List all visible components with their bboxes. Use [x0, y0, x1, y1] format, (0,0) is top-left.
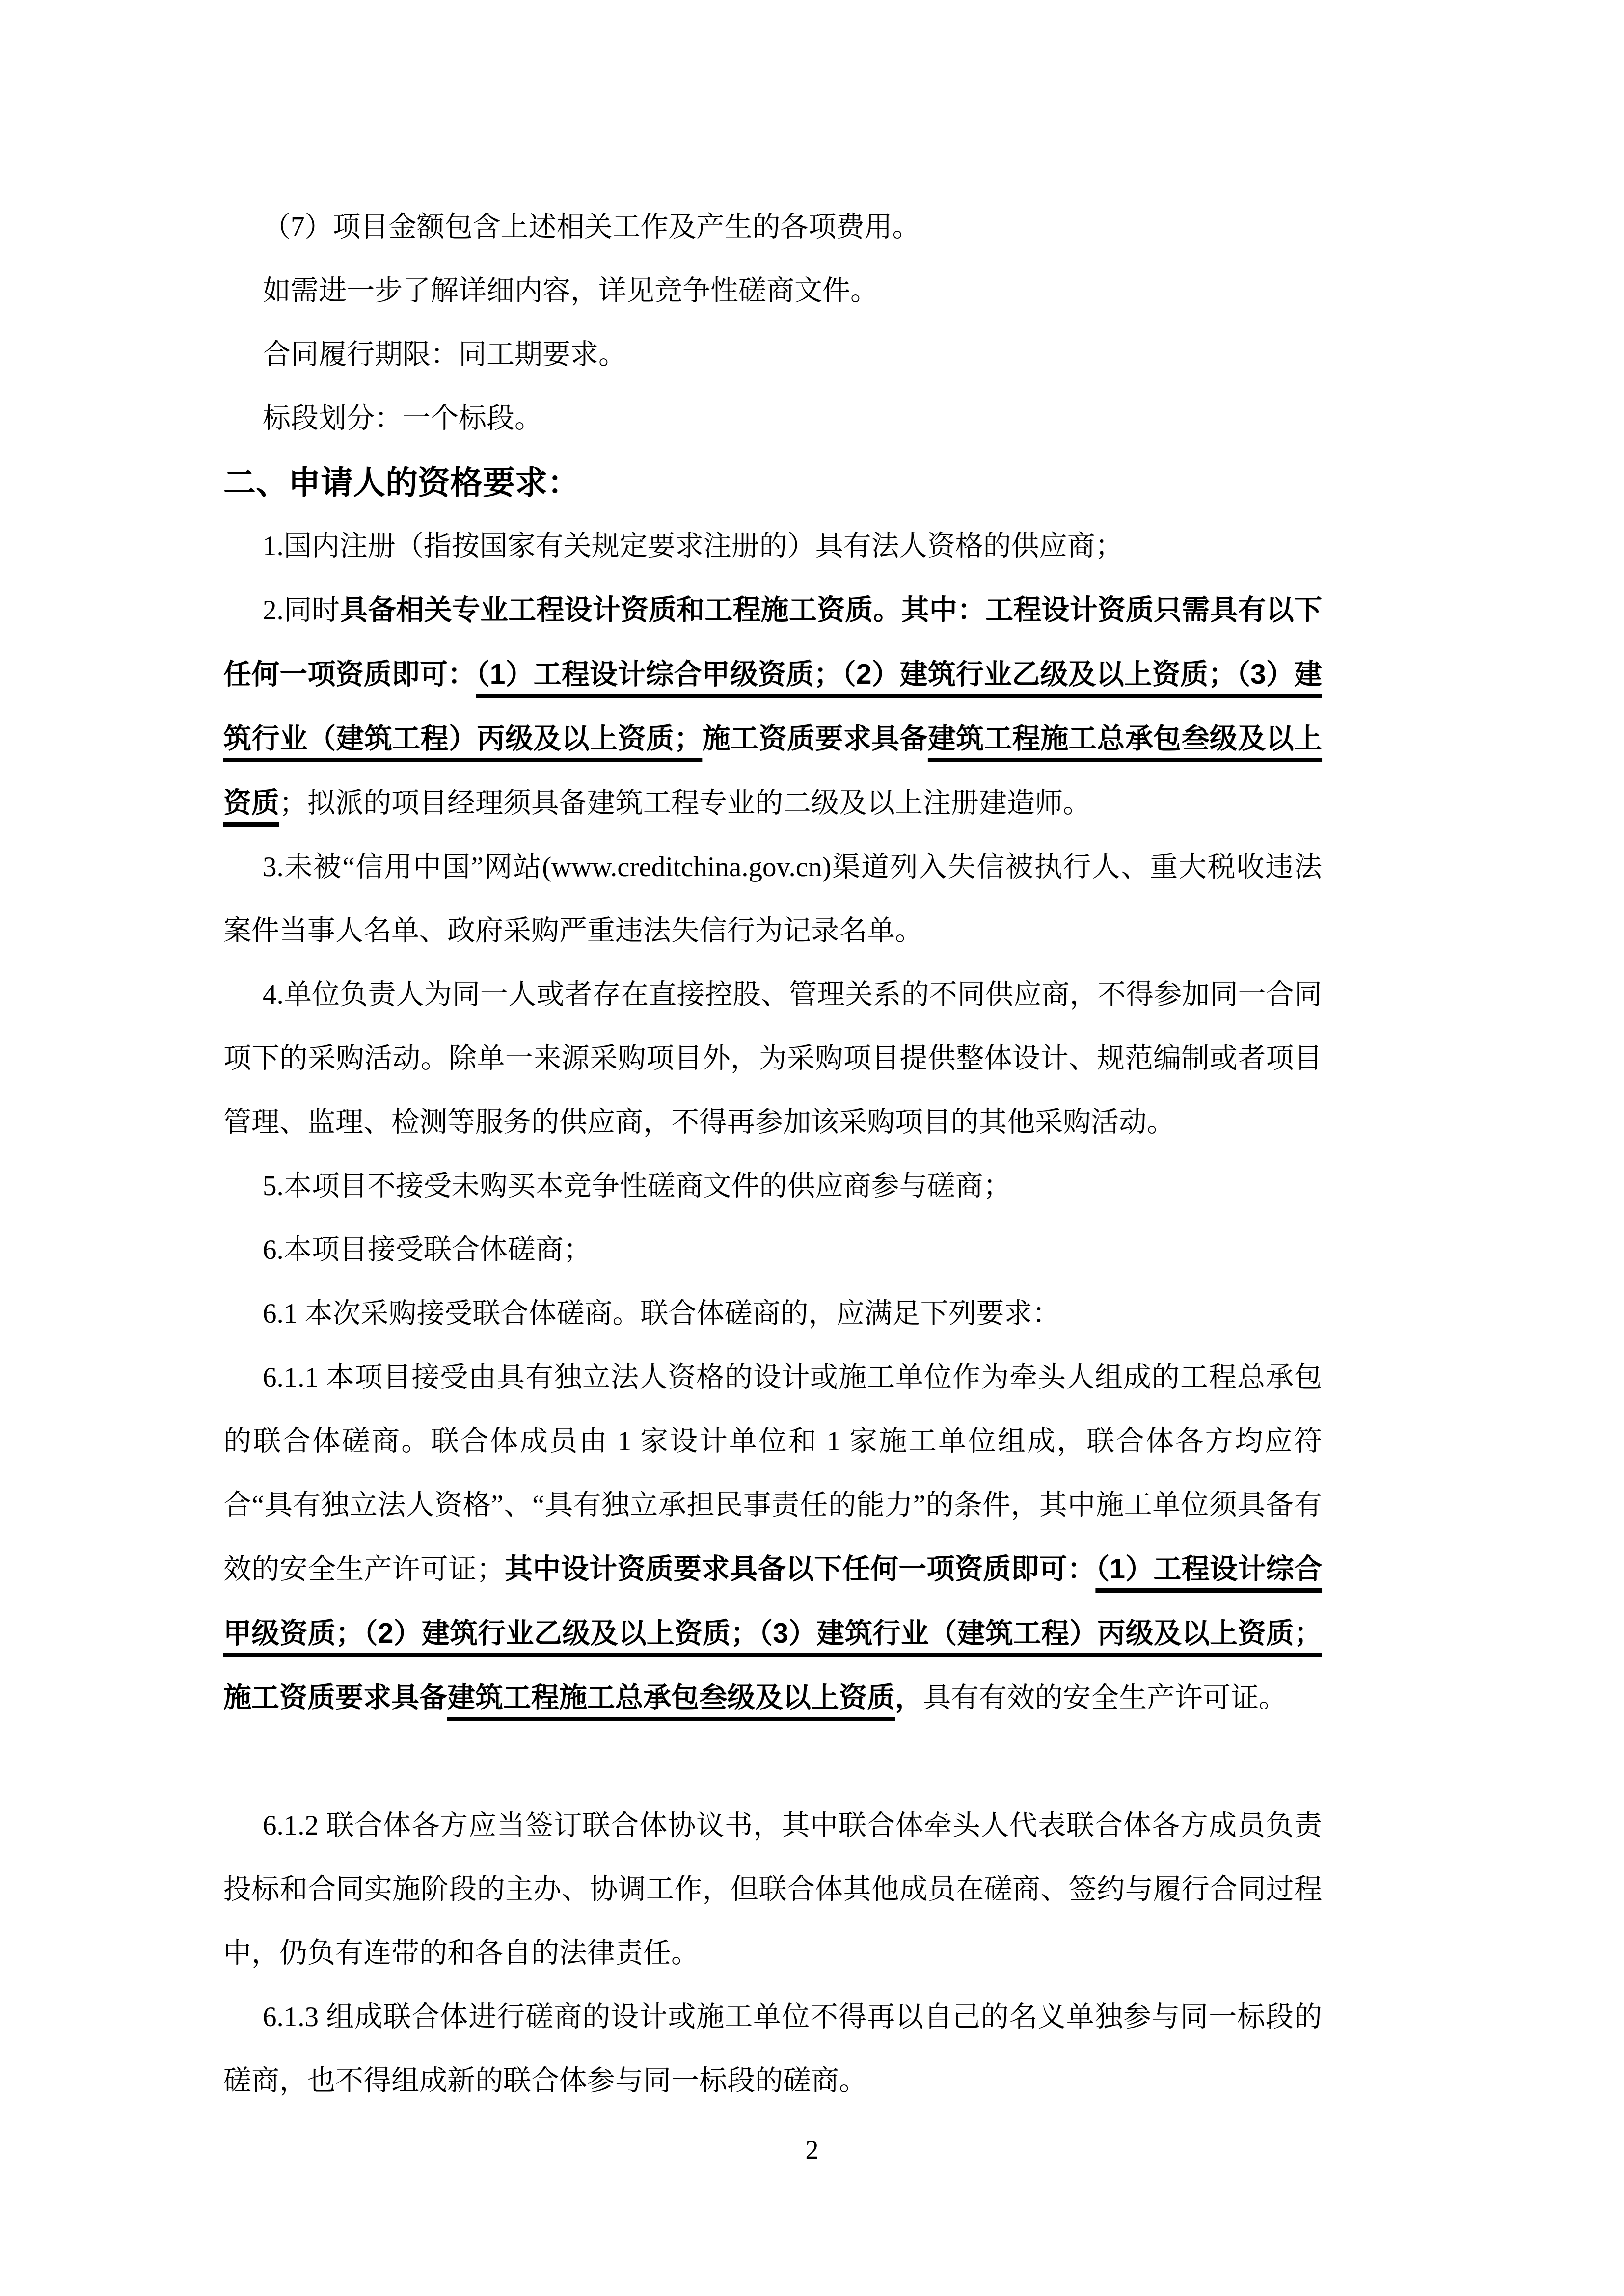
para-requirement-2: 2.同时具备相关专业工程设计资质和工程施工资质。其中：工程设计资质只需具有以下任…	[223, 578, 1322, 835]
text-run: 6.1.1 本项目接受由具有独立法人资格的设计或施工单位作为牵头人组成的工程总承…	[223, 1362, 1322, 1585]
heading-applicant-qualifications: 二、申请人的资格要求：	[223, 451, 1322, 514]
para-requirement-6: 6.本项目接受联合体磋商；	[223, 1218, 1322, 1282]
text-run: 施工资质要求具备	[702, 723, 928, 754]
text-run: ；拟派的项目经理须具备建筑工程专业的二级及以上注册建造师。	[279, 788, 1091, 819]
para-contract-term: 合同履行期限：同工期要求。	[223, 323, 1322, 387]
text-run: 施工资质要求具备	[223, 1682, 447, 1713]
text-run: 6.1 本次采购接受联合体磋商。联合体磋商的，应满足下列要求：	[263, 1298, 1060, 1329]
para-blank-line	[223, 1730, 1322, 1794]
para-6-1-1: 6.1.1 本项目接受由具有独立法人资格的设计或施工单位作为牵头人组成的工程总承…	[223, 1346, 1322, 1730]
para-6-1-2: 6.1.2 联合体各方应当签订联合体协议书，其中联合体牵头人代表联合体各方成员负…	[223, 1794, 1322, 1985]
text-run: 如需进一步了解详细内容，详见竞争性磋商文件。	[263, 275, 878, 306]
text-run: 5.本项目不接受未购买本竞争性磋商文件的供应商参与磋商；	[263, 1171, 1011, 1201]
text-run: 1.国内注册（指按国家有关规定要求注册的）具有法人资格的供应商；	[263, 531, 1123, 561]
document-content: （7）项目金额包含上述相关工作及产生的各项费用。如需进一步了解详细内容，详见竞争…	[223, 195, 1322, 2113]
text-run: 二、申请人的资格要求：	[223, 464, 580, 501]
text-run: 6.本项目接受联合体磋商；	[263, 1234, 592, 1265]
text-run: 合同履行期限：同工期要求。	[263, 339, 626, 370]
para-requirement-5: 5.本项目不接受未购买本竞争性磋商文件的供应商参与磋商；	[223, 1154, 1322, 1218]
text-run: 3.未被“信用中国”网站(www.creditchina.gov.cn)渠道列入…	[223, 852, 1322, 946]
para-lot-division: 标段划分：一个标段。	[223, 387, 1322, 451]
document-page: （7）项目金额包含上述相关工作及产生的各项费用。如需进一步了解详细内容，详见竞争…	[0, 0, 1624, 2296]
text-run: 建筑工程施工总承包叁级及以上资质	[447, 1682, 895, 1713]
text-run: 6.1.2 联合体各方应当签订联合体协议书，其中联合体牵头人代表联合体各方成员负…	[223, 1810, 1322, 1969]
text-run: ，	[895, 1682, 923, 1713]
page-number: 2	[0, 2130, 1624, 2169]
text-run: （7）项目金额包含上述相关工作及产生的各项费用。	[263, 212, 920, 242]
text-run: 6.1.3 组成联合体进行磋商的设计或施工单位不得再以自己的名义单独参与同一标段…	[223, 2002, 1322, 2096]
para-requirement-3: 3.未被“信用中国”网站(www.creditchina.gov.cn)渠道列入…	[223, 835, 1322, 963]
text-run: 其中设计资质要求具备以下任何一项资质即可：	[505, 1553, 1096, 1585]
para-further-details: 如需进一步了解详细内容，详见竞争性磋商文件。	[223, 259, 1322, 323]
para-6-1-3: 6.1.3 组成联合体进行磋商的设计或施工单位不得再以自己的名义单独参与同一标段…	[223, 1985, 1322, 2113]
text-run: 标段划分：一个标段。	[263, 403, 542, 434]
para-requirement-1: 1.国内注册（指按国家有关规定要求注册的）具有法人资格的供应商；	[223, 514, 1322, 578]
para-requirement-4: 4.单位负责人为同一人或者存在直接控股、管理关系的不同供应商，不得参加同一合同项…	[223, 963, 1322, 1154]
text-run: 2.同时	[263, 595, 340, 626]
para-item-7-fees: （7）项目金额包含上述相关工作及产生的各项费用。	[223, 195, 1322, 259]
text-run: 4.单位负责人为同一人或者存在直接控股、管理关系的不同供应商，不得参加同一合同项…	[223, 979, 1322, 1138]
text-run: 具有有效的安全生产许可证。	[923, 1682, 1287, 1713]
para-6-1: 6.1 本次采购接受联合体磋商。联合体磋商的，应满足下列要求：	[223, 1282, 1322, 1346]
